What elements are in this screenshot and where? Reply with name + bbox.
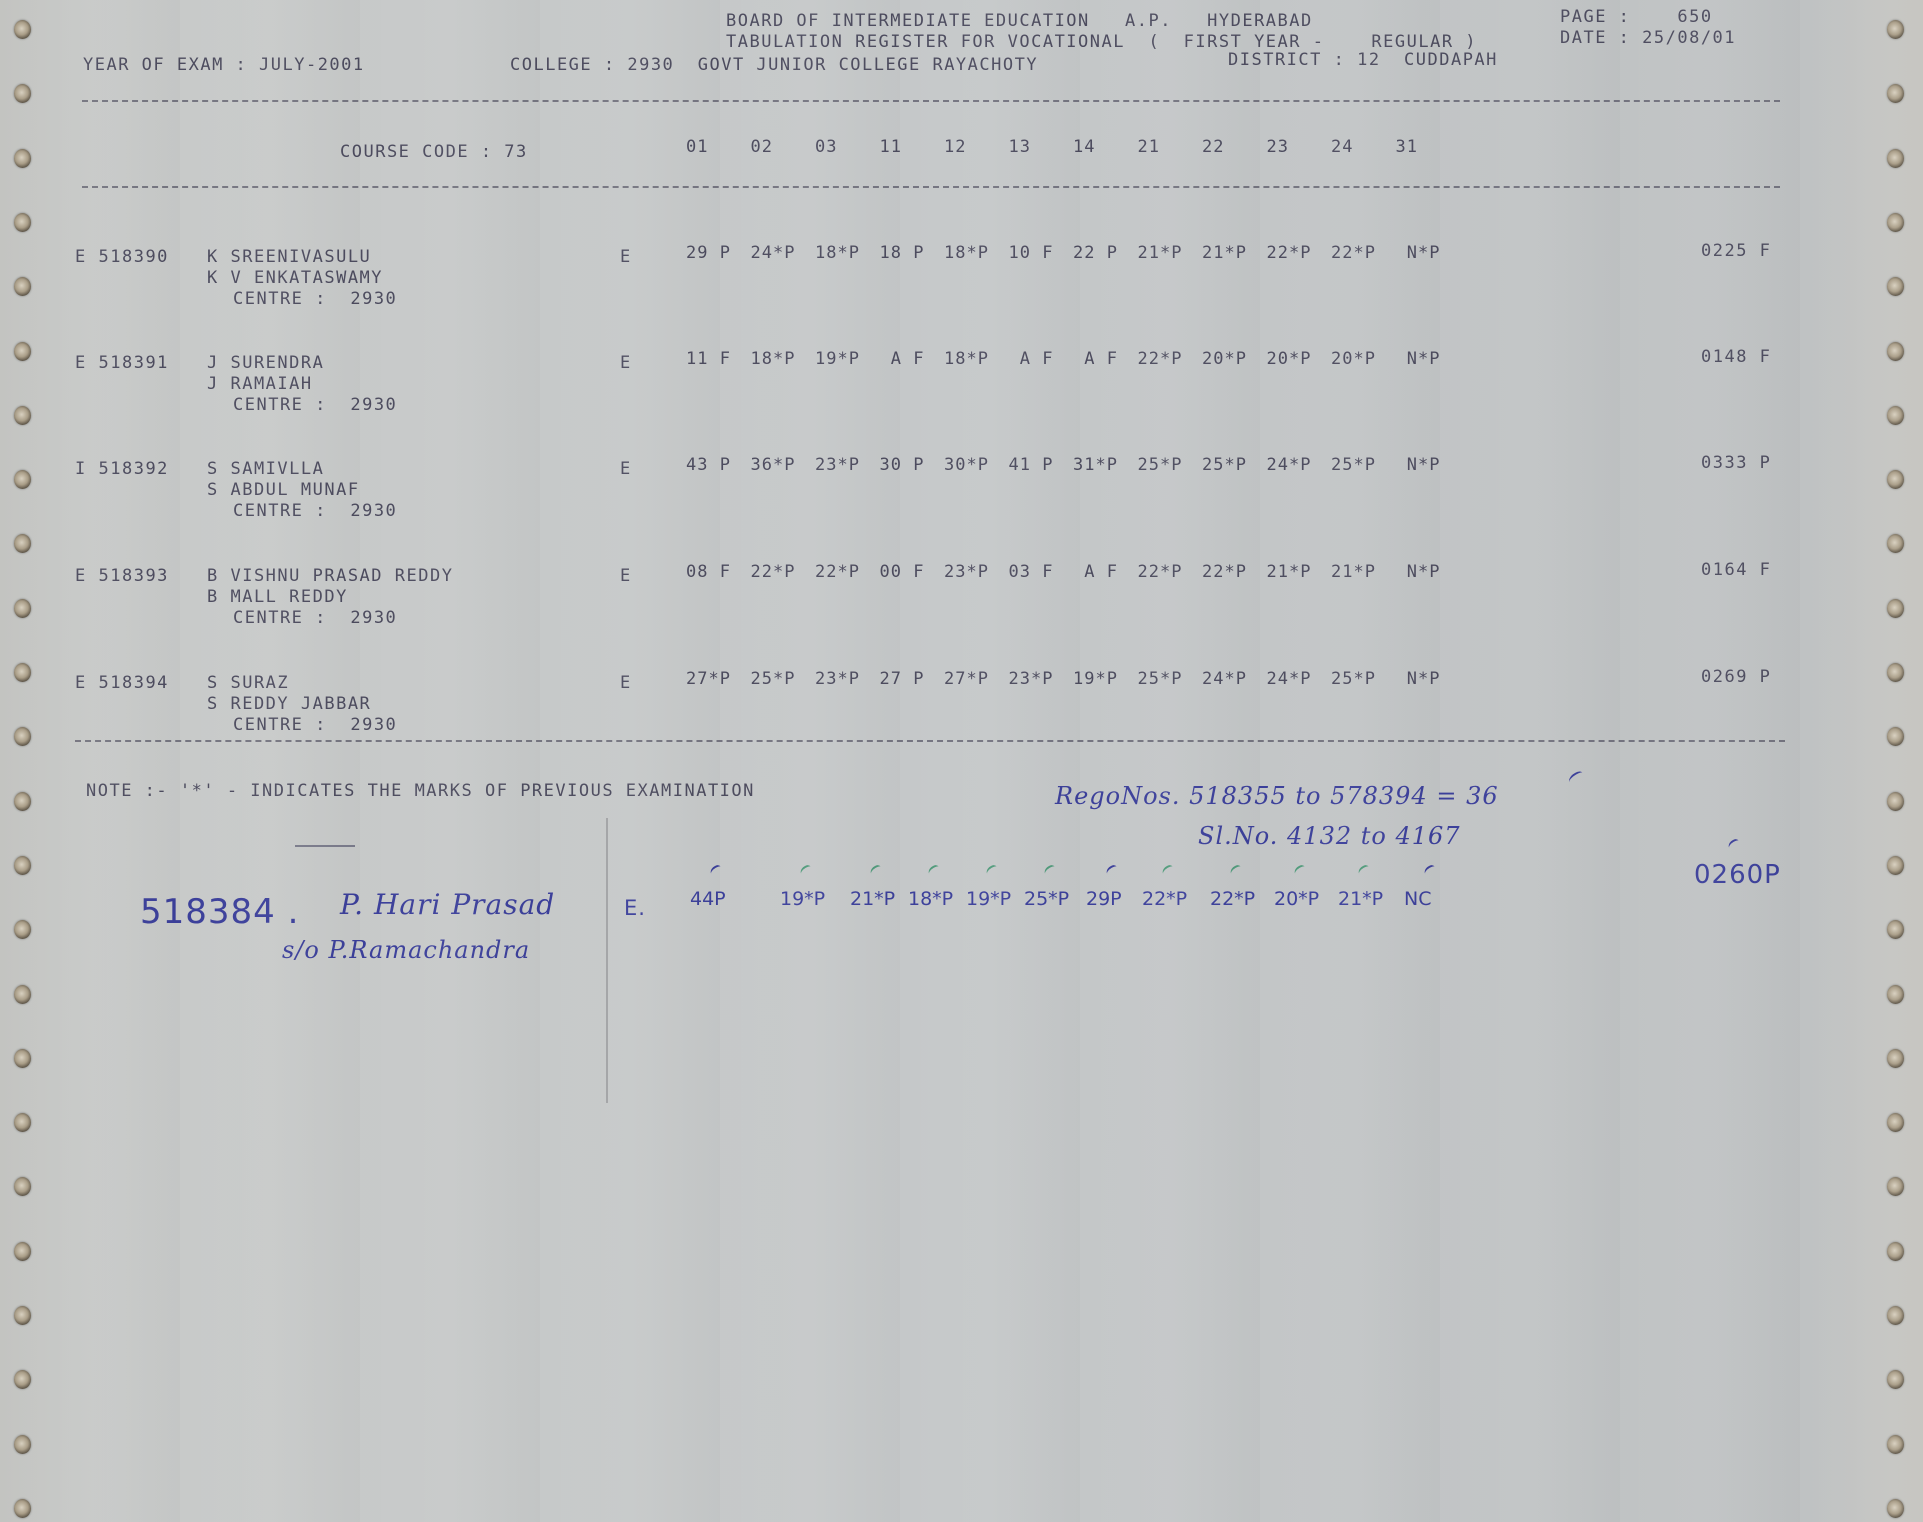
- subject-code: 03: [815, 137, 880, 157]
- handwritten-mark: 19*P: [966, 888, 1011, 910]
- subject-marks: 43 P36*P23*P30 P30*P41 P31*P25*P25*P24*P…: [686, 455, 1460, 476]
- check-mark-icon: [1727, 838, 1742, 852]
- mark-cell: 18*P: [944, 243, 1009, 264]
- footer-note: NOTE :- '*' - INDICATES THE MARKS OF PRE…: [86, 781, 755, 802]
- mark-cell: 29 P: [686, 243, 751, 264]
- handwritten-parent-name: s/o P.Ramachandra: [282, 936, 530, 964]
- mark-cell: 21*P: [1202, 243, 1267, 264]
- feed-hole-icon: [14, 920, 31, 939]
- parent-name: J RAMAIAH: [207, 374, 313, 395]
- check-mark-icon: [1293, 864, 1308, 878]
- feed-hole-icon: [14, 985, 31, 1004]
- candidate-name: S SAMIVLLA: [207, 459, 324, 480]
- mark-cell: 00 F: [880, 562, 945, 583]
- feed-hole-icon: [1887, 856, 1904, 875]
- district-info: DISTRICT : 12 CUDDAPAH: [1228, 50, 1498, 71]
- table-row: E 518391 J SURENDRA J RAMAIAH CENTRE : 2…: [75, 353, 1795, 433]
- header-divider: [82, 100, 1780, 102]
- feed-hole-icon: [1887, 470, 1904, 489]
- feed-hole-icon: [1887, 406, 1904, 425]
- mark-cell: 36*P: [751, 455, 816, 476]
- feed-hole-icon: [1887, 1370, 1904, 1389]
- mark-cell: 20*P: [1267, 349, 1332, 370]
- mark-cell: 11 F: [686, 349, 751, 370]
- handwritten-reg-no: 518384 .: [140, 892, 299, 932]
- mark-cell: A F: [1009, 349, 1074, 370]
- mark-cell: 18*P: [751, 349, 816, 370]
- medium: E: [620, 459, 632, 480]
- mark-cell: 18*P: [944, 349, 1009, 370]
- candidate-id: I 518392: [75, 459, 169, 480]
- check-mark-icon: [1423, 864, 1438, 878]
- mark-cell: 22 P: [1073, 243, 1138, 264]
- mark-cell: 25*P: [1138, 669, 1203, 690]
- check-mark-icon: [985, 864, 1000, 878]
- mark-cell: 20*P: [1202, 349, 1267, 370]
- candidate-id: E 518394: [75, 673, 169, 694]
- mark-cell: 27*P: [944, 669, 1009, 690]
- feed-hole-icon: [14, 149, 31, 168]
- mark-cell: 41 P: [1009, 455, 1074, 476]
- mark-cell: N*P: [1396, 562, 1461, 583]
- handwritten-mark: 20*P: [1274, 888, 1319, 910]
- handwritten-medium: E.: [624, 896, 646, 920]
- check-mark-icon: [1229, 864, 1244, 878]
- feed-hole-icon: [14, 213, 31, 232]
- print-date: DATE : 25/08/01: [1560, 28, 1736, 49]
- feed-hole-icon: [14, 856, 31, 875]
- handwritten-mark: 19*P: [780, 888, 825, 910]
- total-and-result: 0269 P: [1701, 667, 1771, 688]
- mark-cell: 10 F: [1009, 243, 1074, 264]
- mark-cell: 25*P: [1202, 455, 1267, 476]
- mark-cell: 21*P: [1331, 562, 1396, 583]
- handwritten-mark: 29P: [1086, 888, 1122, 910]
- candidate-id: E 518393: [75, 566, 169, 587]
- mark-cell: A F: [1073, 349, 1138, 370]
- parent-name: S REDDY JABBAR: [207, 694, 371, 715]
- college-info: COLLEGE : 2930 GOVT JUNIOR COLLEGE RAYAC…: [510, 55, 1038, 76]
- subject-code: 31: [1396, 137, 1461, 157]
- tabulation-register-sheet: BOARD OF INTERMEDIATE EDUCATION A.P. HYD…: [0, 0, 1923, 1522]
- feed-hole-icon: [14, 1113, 31, 1132]
- feed-hole-icon: [1887, 1242, 1904, 1261]
- mark-cell: 22*P: [1138, 349, 1203, 370]
- total-and-result: 0333 P: [1701, 453, 1771, 474]
- handwritten-mark: 18*P: [908, 888, 953, 910]
- check-mark-icon: [709, 864, 724, 878]
- mark-cell: 43 P: [686, 455, 751, 476]
- feed-hole-icon: [14, 599, 31, 618]
- feed-hole-icon: [1887, 1049, 1904, 1068]
- parent-name: B MALL REDDY: [207, 587, 348, 608]
- mark-cell: 22*P: [751, 562, 816, 583]
- handwritten-mark: 25*P: [1024, 888, 1069, 910]
- handwritten-serial-range: Sl.No. 4132 to 4167: [1198, 822, 1461, 850]
- check-mark-icon: [927, 864, 942, 878]
- check-mark-icon: [1567, 770, 1585, 786]
- mark-cell: 21*P: [1138, 243, 1203, 264]
- handwritten-mark: 44P: [690, 888, 726, 910]
- mark-cell: 24*P: [1267, 669, 1332, 690]
- subject-code: 13: [1009, 137, 1074, 157]
- subject-code: 24: [1331, 137, 1396, 157]
- handwritten-mark: NC: [1404, 888, 1431, 910]
- mark-cell: 25*P: [1138, 455, 1203, 476]
- subject-code: 12: [944, 137, 1009, 157]
- feed-hole-icon: [1887, 599, 1904, 618]
- feed-hole-icon: [1887, 920, 1904, 939]
- mark-cell: N*P: [1396, 455, 1461, 476]
- mark-cell: 24*P: [1267, 455, 1332, 476]
- feed-hole-icon: [1887, 84, 1904, 103]
- exam-centre: CENTRE : 2930: [233, 501, 397, 522]
- feed-hole-icon: [1887, 792, 1904, 811]
- feed-hole-icon: [1887, 1306, 1904, 1325]
- feed-hole-icon: [14, 663, 31, 682]
- mark-cell: 27*P: [686, 669, 751, 690]
- subject-marks: 29 P24*P18*P18 P18*P10 F22 P21*P21*P22*P…: [686, 243, 1460, 264]
- mark-cell: 27 P: [880, 669, 945, 690]
- feed-hole-icon: [1887, 277, 1904, 296]
- feed-hole-icon: [14, 1049, 31, 1068]
- exam-centre: CENTRE : 2930: [233, 715, 397, 736]
- mark-cell: 22*P: [1202, 562, 1267, 583]
- feed-hole-icon: [14, 534, 31, 553]
- exam-centre: CENTRE : 2930: [233, 289, 397, 310]
- feed-hole-icon: [1887, 20, 1904, 39]
- subject-code: 22: [1202, 137, 1267, 157]
- candidate-id: E 518391: [75, 353, 169, 374]
- handwritten-mark: 21*P: [850, 888, 895, 910]
- mark-cell: 30 P: [880, 455, 945, 476]
- total-and-result: 0148 F: [1701, 347, 1771, 368]
- medium: E: [620, 247, 632, 268]
- feed-hole-icon: [1887, 342, 1904, 361]
- mark-cell: 20*P: [1331, 349, 1396, 370]
- parent-name: S ABDUL MUNAF: [207, 480, 360, 501]
- feed-hole-icon: [1887, 534, 1904, 553]
- subject-code: 11: [880, 137, 945, 157]
- mark-cell: 25*P: [1331, 669, 1396, 690]
- mark-cell: 18 P: [880, 243, 945, 264]
- mark-cell: A F: [880, 349, 945, 370]
- handwritten-mark: 22*P: [1210, 888, 1255, 910]
- mark-cell: A F: [1073, 562, 1138, 583]
- pencil-dash: [295, 845, 355, 847]
- mark-cell: 21*P: [1267, 562, 1332, 583]
- candidate-id: E 518390: [75, 247, 169, 268]
- feed-hole-icon: [1887, 727, 1904, 746]
- handwritten-total: 0260P: [1694, 860, 1781, 890]
- check-mark-icon: [799, 864, 814, 878]
- mark-cell: 19*P: [815, 349, 880, 370]
- subject-code: 14: [1073, 137, 1138, 157]
- feed-hole-icon: [1887, 149, 1904, 168]
- mark-cell: 31*P: [1073, 455, 1138, 476]
- mark-cell: 24*P: [751, 243, 816, 264]
- feed-hole-icon: [1887, 663, 1904, 682]
- subject-code: 23: [1267, 137, 1332, 157]
- feed-hole-icon: [14, 1242, 31, 1261]
- candidate-name: B VISHNU PRASAD REDDY: [207, 566, 453, 587]
- mark-cell: 25*P: [751, 669, 816, 690]
- mark-cell: N*P: [1396, 243, 1461, 264]
- feed-hole-icon: [14, 1435, 31, 1454]
- exam-centre: CENTRE : 2930: [233, 395, 397, 416]
- exam-centre: CENTRE : 2930: [233, 608, 397, 629]
- table-row: E 518393 B VISHNU PRASAD REDDY B MALL RE…: [75, 566, 1795, 646]
- page-number: PAGE : 650: [1560, 7, 1713, 28]
- feed-hole-icon: [14, 1306, 31, 1325]
- mark-cell: 03 F: [1009, 562, 1074, 583]
- feed-hole-icon: [1887, 985, 1904, 1004]
- subject-marks: 08 F22*P22*P00 F23*P03 F A F22*P22*P21*P…: [686, 562, 1460, 583]
- column-header-divider: [82, 186, 1780, 188]
- tractor-feed-holes-left: [8, 0, 44, 1522]
- feed-hole-icon: [1887, 213, 1904, 232]
- mark-cell: 23*P: [1009, 669, 1074, 690]
- board-title: BOARD OF INTERMEDIATE EDUCATION A.P. HYD…: [726, 11, 1313, 32]
- records-end-divider: [75, 740, 1785, 742]
- mark-cell: 22*P: [1331, 243, 1396, 264]
- feed-hole-icon: [14, 727, 31, 746]
- check-mark-icon: [1161, 864, 1176, 878]
- subject-marks: 11 F18*P19*P A F18*P A F A F22*P20*P20*P…: [686, 349, 1460, 370]
- mark-cell: 22*P: [815, 562, 880, 583]
- subject-code-header: 010203111213142122232431: [686, 137, 1460, 157]
- mark-cell: 23*P: [815, 455, 880, 476]
- handwritten-reg-range: RegoNos. 518355 to 578394 = 36: [1055, 782, 1499, 810]
- check-mark-icon: [1357, 864, 1372, 878]
- mark-cell: 30*P: [944, 455, 1009, 476]
- pencil-vertical-line: [606, 818, 608, 1103]
- handwritten-student-name: P. Hari Prasad: [340, 888, 555, 921]
- feed-hole-icon: [1887, 1435, 1904, 1454]
- feed-hole-icon: [14, 1499, 31, 1518]
- feed-hole-icon: [14, 20, 31, 39]
- feed-hole-icon: [14, 342, 31, 361]
- feed-hole-icon: [14, 406, 31, 425]
- total-and-result: 0164 F: [1701, 560, 1771, 581]
- feed-hole-icon: [1887, 1499, 1904, 1518]
- mark-cell: 23*P: [944, 562, 1009, 583]
- mark-cell: 22*P: [1138, 562, 1203, 583]
- feed-hole-icon: [14, 792, 31, 811]
- check-mark-icon: [1105, 864, 1120, 878]
- table-row: E 518390 K SREENIVASULU K V ENKATASWAMY …: [75, 247, 1795, 327]
- check-mark-icon: [1043, 864, 1058, 878]
- feed-hole-icon: [14, 1370, 31, 1389]
- medium: E: [620, 353, 632, 374]
- feed-hole-icon: [14, 470, 31, 489]
- handwritten-mark: 22*P: [1142, 888, 1187, 910]
- mark-cell: 25*P: [1331, 455, 1396, 476]
- feed-hole-icon: [1887, 1113, 1904, 1132]
- subject-code: 01: [686, 137, 751, 157]
- feed-hole-icon: [1887, 1177, 1904, 1196]
- mark-cell: 22*P: [1267, 243, 1332, 264]
- mark-cell: 24*P: [1202, 669, 1267, 690]
- course-code: COURSE CODE : 73: [340, 142, 528, 163]
- total-and-result: 0225 F: [1701, 241, 1771, 262]
- subject-code: 21: [1138, 137, 1203, 157]
- mark-cell: 19*P: [1073, 669, 1138, 690]
- tractor-feed-holes-right: [1881, 0, 1917, 1522]
- subject-code: 02: [751, 137, 816, 157]
- mark-cell: 18*P: [815, 243, 880, 264]
- subject-marks: 27*P25*P23*P27 P27*P23*P19*P25*P24*P24*P…: [686, 669, 1460, 690]
- medium: E: [620, 566, 632, 587]
- check-mark-icon: [869, 864, 884, 878]
- handwritten-mark: 21*P: [1338, 888, 1383, 910]
- candidate-name: K SREENIVASULU: [207, 247, 371, 268]
- mark-cell: N*P: [1396, 669, 1461, 690]
- parent-name: K V ENKATASWAMY: [207, 268, 383, 289]
- candidate-name: J SURENDRA: [207, 353, 324, 374]
- mark-cell: N*P: [1396, 349, 1461, 370]
- mark-cell: 08 F: [686, 562, 751, 583]
- year-of-exam: YEAR OF EXAM : JULY-2001: [83, 55, 365, 76]
- mark-cell: 23*P: [815, 669, 880, 690]
- medium: E: [620, 673, 632, 694]
- feed-hole-icon: [14, 84, 31, 103]
- table-row: I 518392 S SAMIVLLA S ABDUL MUNAF CENTRE…: [75, 459, 1795, 539]
- candidate-name: S SURAZ: [207, 673, 289, 694]
- feed-hole-icon: [14, 277, 31, 296]
- feed-hole-icon: [14, 1177, 31, 1196]
